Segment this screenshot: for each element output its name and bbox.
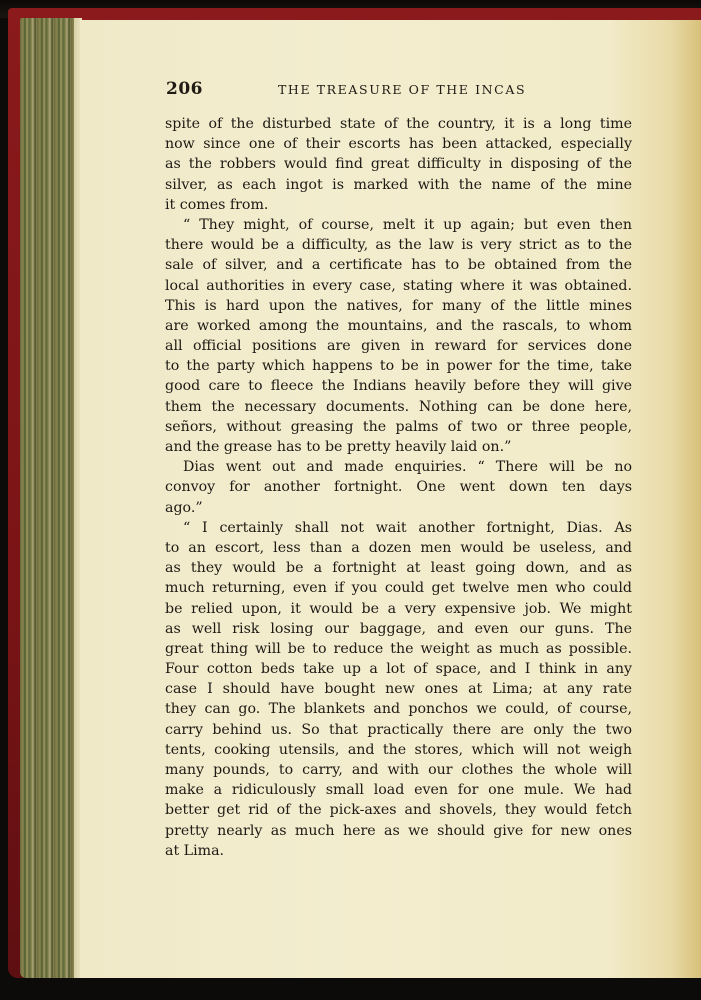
text-line: it comes from. [165, 195, 632, 215]
text-line: “ I certainly shall not wait another for… [165, 518, 632, 538]
text-line: are worked among the mountains, and the … [165, 316, 632, 336]
text-line: be relied upon, it would be a very expen… [165, 599, 632, 619]
text-line: as well risk losing our baggage, and eve… [165, 619, 632, 639]
running-title: THE TREASURE OF THE INCAS [278, 82, 526, 97]
text-line: many pounds, to carry, and with our clot… [165, 760, 632, 780]
text-line: señors, without greasing the palms of tw… [165, 417, 632, 437]
text-line: case I should have bought new ones at Li… [165, 679, 632, 699]
text-line: carry behind us. So that practically the… [165, 720, 632, 740]
text-line: “ They might, of course, melt it up agai… [165, 215, 632, 235]
body-text: spite of the disturbed state of the coun… [165, 114, 632, 861]
text-line: better get rid of the pick-axes and shov… [165, 800, 632, 820]
text-line: at Lima. [165, 841, 632, 861]
text-line: Four cotton beds take up a lot of space,… [165, 659, 632, 679]
text-line: good care to fleece the Indians heavily … [165, 376, 632, 396]
text-line: pretty nearly as much here as we should … [165, 821, 632, 841]
text-line: tents, cooking utensils, and the stores,… [165, 740, 632, 760]
text-line: them the necessary documents. Nothing ca… [165, 397, 632, 417]
text-line: make a ridiculously small load even for … [165, 780, 632, 800]
page-edges [20, 18, 82, 978]
text-line: local authorities in every case, stating… [165, 276, 632, 296]
text-line: there would be a difficulty, as the law … [165, 235, 632, 255]
text-line: ago.” [165, 498, 632, 518]
running-head: 206 THE TREASURE OF THE INCAS [166, 79, 632, 103]
text-line: silver, as each ingot is marked with the… [165, 175, 632, 195]
text-line: as the robbers would find great difficul… [165, 154, 632, 174]
text-line: all official positions are given in rewa… [165, 336, 632, 356]
text-line: as they would be a fortnight at least go… [165, 558, 632, 578]
text-line: spite of the disturbed state of the coun… [165, 114, 632, 134]
text-line: to an escort, less than a dozen men woul… [165, 538, 632, 558]
text-line: to the party which happens to be in powe… [165, 356, 632, 376]
text-line: This is hard upon the natives, for many … [165, 296, 632, 316]
text-line: they can go. The blankets and ponchos we… [165, 699, 632, 719]
text-line: convoy for another fortnight. One went d… [165, 477, 632, 497]
text-line: great thing will be to reduce the weight… [165, 639, 632, 659]
text-line: sale of silver, and a certificate has to… [165, 255, 632, 275]
text-line: much returning, even if you could get tw… [165, 578, 632, 598]
page-number: 206 [166, 79, 203, 99]
text-line: and the grease has to be pretty heavily … [165, 437, 632, 457]
text-line: now since one of their escorts has been … [165, 134, 632, 154]
book-photo: 206 THE TREASURE OF THE INCAS spite of t… [0, 0, 701, 1000]
text-line: Dias went out and made enquiries. “ Ther… [165, 457, 632, 477]
